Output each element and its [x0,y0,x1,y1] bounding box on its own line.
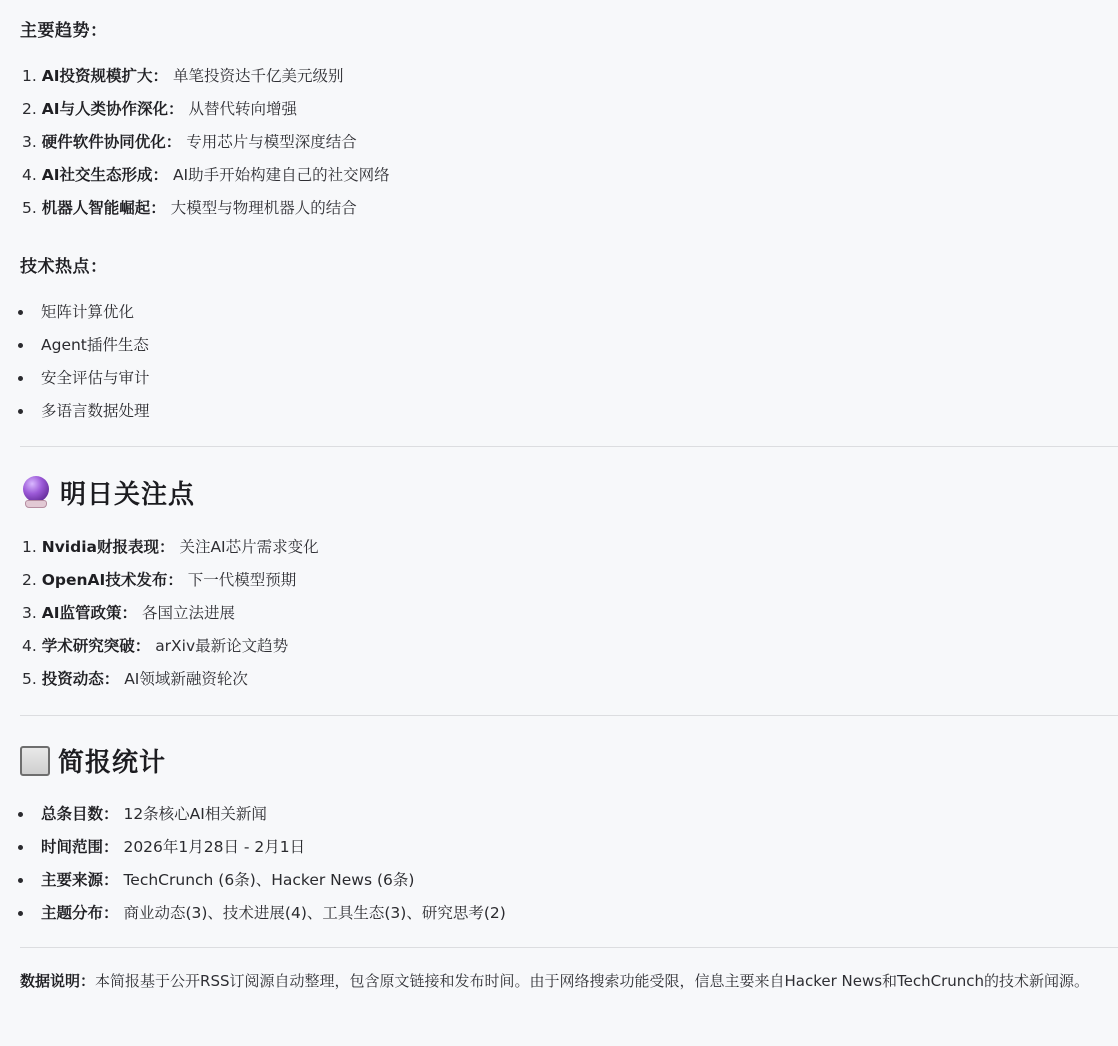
list-item: 主题分布： 商业动态(3)、技术进展(4)、工具生态(3)、研究思考(2) [18,897,506,930]
list-item: 主要来源： TechCrunch (6条)、Hacker News (6条) [18,864,506,897]
stats-list: 总条目数： 12条核心AI相关新闻 时间范围： 2026年1月28日 - 2月1… [18,798,506,930]
list-item: 1. Nvidia财报表现： 关注AI芯片需求变化 [22,531,319,564]
list-item: 4. AI社交生态形成： AI助手开始构建自己的社交网络 [22,159,390,192]
section-divider [20,715,1118,716]
bullet-icon [18,409,23,414]
list-item: 2. OpenAI技术发布： 下一代模型预期 [22,564,319,597]
bullet-icon [18,845,23,850]
stats-section-title: 简报统计 [20,742,166,779]
list-item: 2. AI与人类协作深化： 从替代转向增强 [22,93,390,126]
bullet-icon [18,376,23,381]
bullet-icon [18,343,23,348]
tomorrow-section-title: 明日关注点 [20,474,195,511]
hotspots-heading: 技术热点： [20,252,108,277]
section-divider [20,446,1118,447]
hotspots-list: 矩阵计算优化 Agent插件生态 安全评估与审计 多语言数据处理 [18,296,150,428]
list-item: 4. 学术研究突破： arXiv最新论文趋势 [22,630,319,663]
tomorrow-list: 1. Nvidia财报表现： 关注AI芯片需求变化 2. OpenAI技术发布：… [22,531,319,696]
bullet-icon [18,911,23,916]
data-note: 数据说明：本简报基于公开RSS订阅源自动整理，包含原文链接和发布时间。由于网络搜… [20,967,1100,995]
list-item: 1. AI投资规模扩大： 单笔投资达千亿美元级别 [22,60,390,93]
list-item: 多语言数据处理 [18,395,150,428]
bullet-icon [18,812,23,817]
list-item: 5. 投资动态： AI领域新融资轮次 [22,663,319,696]
trends-heading: 主要趋势： [20,16,108,41]
crystal-ball-icon [20,476,52,510]
bar-chart-icon [20,746,50,776]
bullet-icon [18,878,23,883]
bullet-icon [18,310,23,315]
list-item: 矩阵计算优化 [18,296,150,329]
list-item: Agent插件生态 [18,329,150,362]
list-item: 总条目数： 12条核心AI相关新闻 [18,798,506,831]
trends-list: 1. AI投资规模扩大： 单笔投资达千亿美元级别 2. AI与人类协作深化： 从… [22,60,390,225]
section-divider [20,947,1118,948]
list-item: 时间范围： 2026年1月28日 - 2月1日 [18,831,506,864]
list-item: 3. AI监管政策： 各国立法进展 [22,597,319,630]
list-item: 5. 机器人智能崛起： 大模型与物理机器人的结合 [22,192,390,225]
list-item: 安全评估与审计 [18,362,150,395]
list-item: 3. 硬件软件协同优化： 专用芯片与模型深度结合 [22,126,390,159]
